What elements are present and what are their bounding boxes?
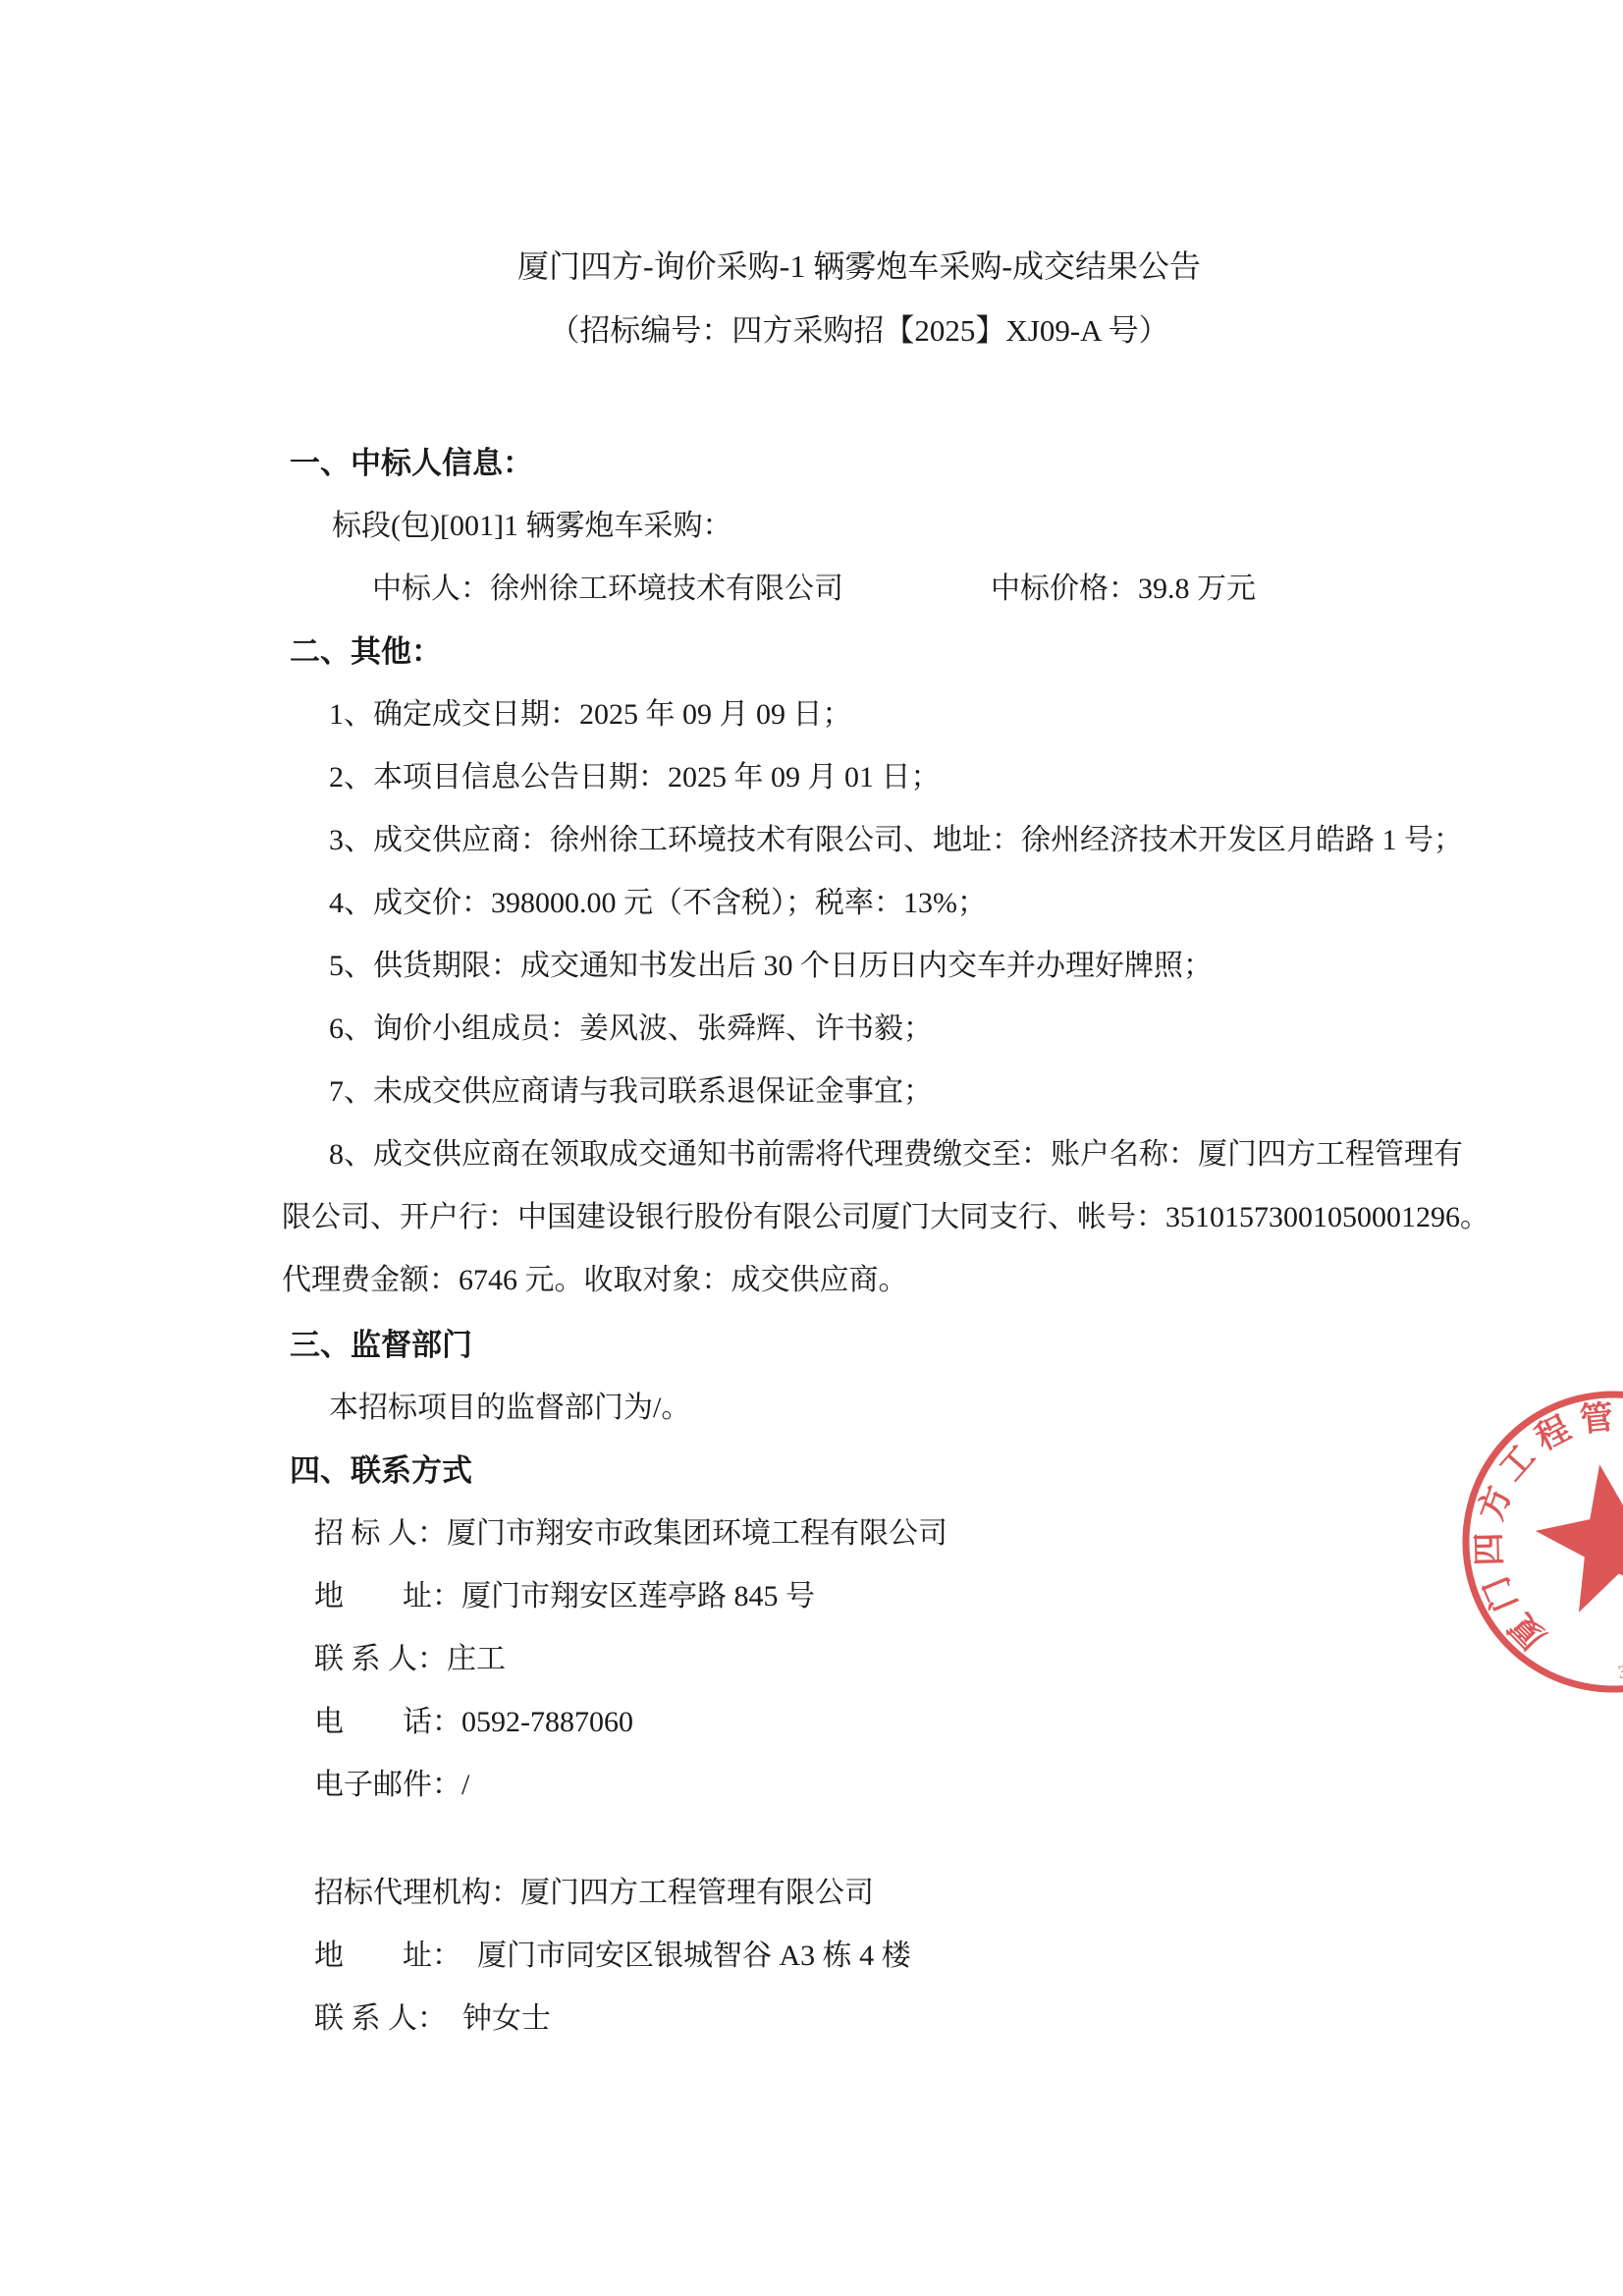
doc-title: 厦门四方-询价采购-1 辆雾炮车采购-成交结果公告: [282, 234, 1436, 299]
contact-value: 0592-7887060: [461, 1706, 633, 1738]
supervision-body: 本招标项目的监督部门为/。: [282, 1377, 1436, 1440]
doc-subtitle: （招标编号：四方采购招【2025】XJ09-A 号）: [282, 299, 1436, 363]
svg-text:厦门四方工程管理有限公司: 厦门四方工程管理有限公司: [1446, 1375, 1623, 1663]
contact-value: 钟女士: [462, 2002, 551, 2035]
agency-row-name: 招标代理机构：厦门四方工程管理有限公司: [282, 1862, 1436, 1925]
company-seal: 厦门四方工程管理有限公司 3: [1432, 1360, 1623, 1724]
other-item-7: 7、未成交供应商请与我司联系退保证金事宜；: [282, 1061, 1436, 1123]
other-item-8: 8、成交供应商在领取成交通知书前需将代理费缴交至：账户名称：厦门四方工程管理有: [282, 1123, 1436, 1186]
contact-value: 厦门四方工程管理有限公司: [520, 1877, 874, 1909]
contact-row-tenderer: 招 标 人：厦门市翔安市政集团环境工程有限公司: [282, 1503, 1436, 1565]
seal-arc-text: 厦门四方工程管理有限公司: [1446, 1375, 1623, 1663]
contact-label: 地 址：: [314, 1940, 461, 1972]
price-value: 39.8 万元: [1138, 573, 1256, 605]
section-heading-contact: 四、联系方式: [282, 1440, 1436, 1503]
item8-continuation-2: 代理费金额：6746 元。收取对象：成交供应商。: [282, 1249, 1436, 1312]
other-item-1: 1、确定成交日期：2025 年 09 月 09 日；: [282, 683, 1436, 746]
other-item-6: 6、询价小组成员：姜风波、张舜辉、许书毅；: [282, 998, 1436, 1061]
price-label: 中标价格：: [991, 573, 1138, 605]
other-item-2: 2、本项目信息公告日期：2025 年 09 月 01 日；: [282, 746, 1436, 809]
winner-line: 中标人：徐州徐工环境技术有限公司中标价格：39.8 万元: [282, 558, 1436, 621]
contact-value: /: [461, 1769, 469, 1801]
title-block: 厦门四方-询价采购-1 辆雾炮车采购-成交结果公告 （招标编号：四方采购招【20…: [282, 234, 1436, 363]
contact-label: 招 标 人：: [314, 1517, 447, 1550]
contact-label: 联 系 人：: [314, 2002, 447, 2035]
star-icon: [1526, 1451, 1623, 1617]
contact-value: 厦门市同安区银城智谷 A3 栋 4 楼: [477, 1940, 911, 1972]
winner-label: 中标人：: [372, 573, 490, 605]
contact-value: 厦门市翔安区莲亭路 845 号: [461, 1580, 815, 1613]
other-item-3: 3、成交供应商：徐州徐工环境技术有限公司、地址：徐州经济技术开发区月皓路 1 号…: [282, 809, 1436, 872]
contact-value: 厦门市翔安市政集团环境工程有限公司: [447, 1517, 947, 1550]
contact-label: 联 系 人：: [314, 1643, 447, 1675]
section-heading-other: 二、其他：: [282, 621, 1436, 683]
other-item-5: 5、供货期限：成交通知书发出后 30 个日历日内交车并办理好牌照；: [282, 935, 1436, 998]
agency-row-address: 地 址：厦门市同安区银城智谷 A3 栋 4 楼: [282, 1925, 1436, 1988]
item8-continuation-1: 限公司、开户行：中国建设银行股份有限公司厦门大同支行、帐号：3510157300…: [282, 1186, 1436, 1249]
document-page: 厦门四方-询价采购-1 辆雾炮车采购-成交结果公告 （招标编号：四方采购招【20…: [0, 0, 1623, 2296]
contact-label: 招标代理机构：: [314, 1877, 520, 1909]
contact-row-phone: 电 话：0592-7887060: [282, 1691, 1436, 1754]
lot-line: 标段(包)[001]1 辆雾炮车采购：: [282, 495, 1436, 558]
winner-name: 徐州徐工环境技术有限公司: [490, 573, 843, 605]
contact-row-person: 联 系 人：庄工: [282, 1628, 1436, 1691]
agency-row-person: 联 系 人：钟女士: [282, 1988, 1436, 2050]
contact-label: 电 话：: [314, 1706, 461, 1738]
seal-serial: 3: [1616, 1662, 1623, 1682]
document-body: 厦门四方-询价采购-1 辆雾炮车采购-成交结果公告 （招标编号：四方采购招【20…: [282, 234, 1436, 2050]
contact-label: 地 址：: [314, 1580, 461, 1613]
contact-row-address: 地 址：厦门市翔安区莲亭路 845 号: [282, 1565, 1436, 1628]
seal-ring: [1442, 1371, 1623, 1713]
contact-label: 电子邮件：: [314, 1769, 461, 1801]
section-heading-winner: 一、中标人信息：: [282, 432, 1436, 495]
other-item-4: 4、成交价：398000.00 元（不含税）；税率：13%；: [282, 872, 1436, 935]
contact-value: 庄工: [447, 1643, 506, 1675]
contact-row-email: 电子邮件：/: [282, 1754, 1436, 1817]
section-heading-supervision: 三、监督部门: [282, 1314, 1436, 1377]
